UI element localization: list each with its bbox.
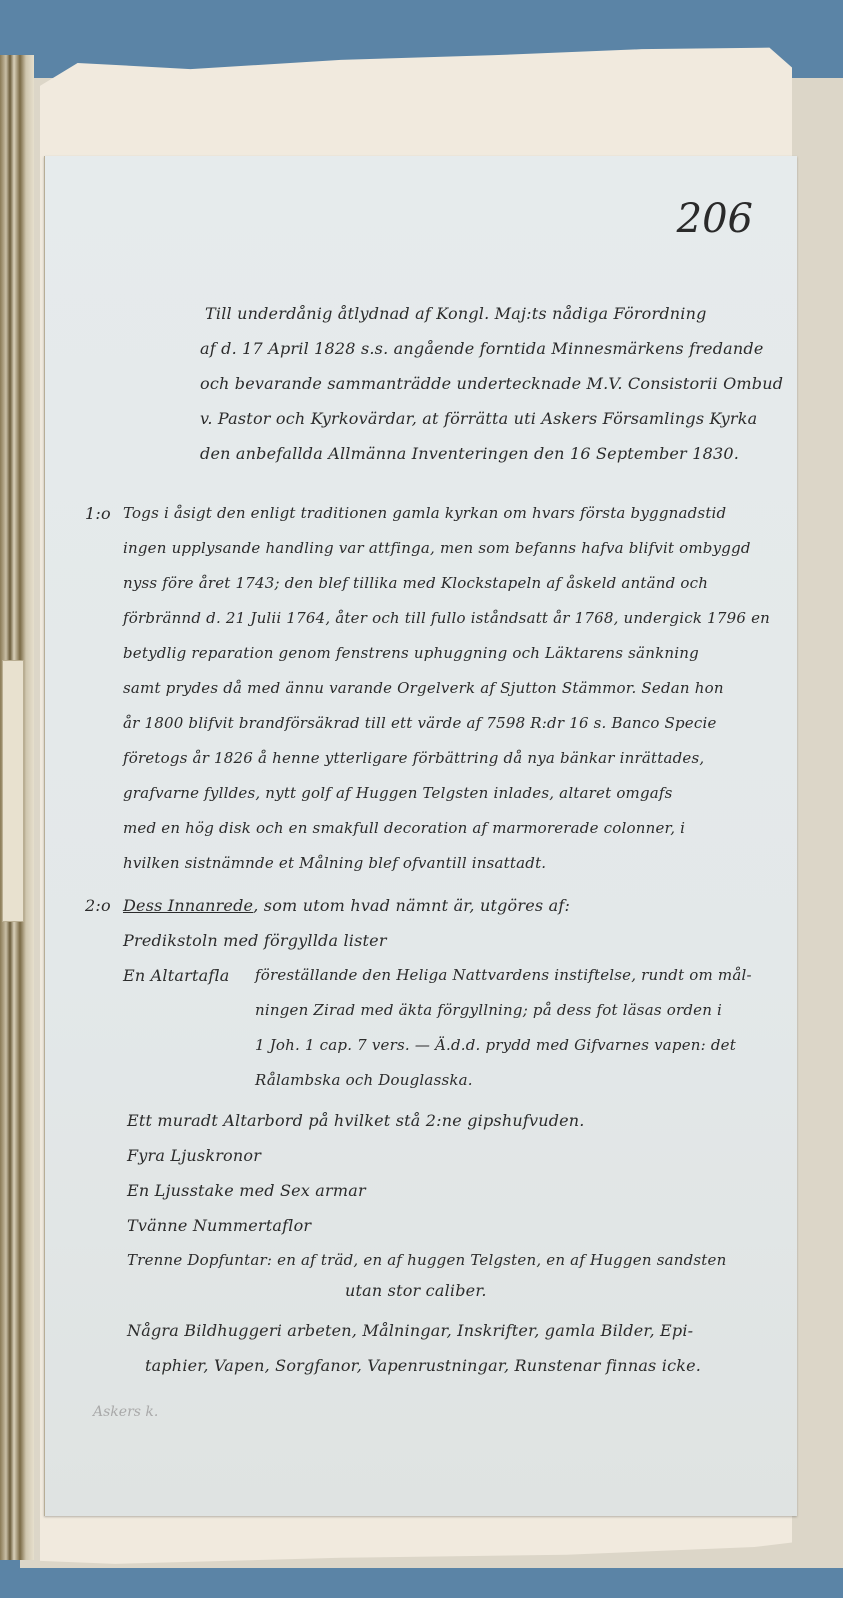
dopfunt-continuation: utan stor caliber.	[345, 1281, 487, 1300]
intro-line: och bevarande sammanträdde undertecknade…	[200, 374, 783, 393]
section1-line: nyss före året 1743; den blef tillika me…	[123, 574, 708, 592]
section1-number: 1:o	[85, 504, 111, 523]
section1-line: med en hög disk och en smakfull decorati…	[123, 819, 685, 837]
folio-number: 206	[677, 196, 753, 242]
altartafla-desc: Rålambska och Douglasska.	[255, 1071, 473, 1089]
altartafla-desc: föreställande den Heliga Nattvardens ins…	[255, 966, 752, 984]
altartafla-desc: ningen Zirad med äkta förgyllning; på de…	[255, 1001, 722, 1019]
pencil-note: Askers k.	[93, 1404, 158, 1420]
section1-line: samt prydes då med ännu varande Orgelver…	[123, 679, 724, 697]
section2-heading-rest: , som utom hvad nämnt är, utgöres af:	[253, 896, 570, 915]
inventory-item: Några Bildhuggeri arbeten, Målningar, In…	[127, 1321, 693, 1340]
section2-number: 2:o	[85, 896, 111, 915]
intro-line: v. Pastor och Kyrkovärdar, at förrätta u…	[200, 409, 757, 428]
section1-line: ingen upplysande handling var attfinga, …	[123, 539, 751, 557]
inventory-item: Fyra Ljuskronor	[127, 1146, 261, 1165]
inventory-item: Ett muradt Altarbord på hvilket stå 2:ne…	[127, 1111, 585, 1130]
page-tab	[2, 660, 24, 922]
inventory-item: En Ljusstake med Sex armar	[127, 1181, 366, 1200]
inventory-item: Predikstoln med förgyllda lister	[123, 931, 387, 950]
inventory-last-line: taphier, Vapen, Sorgfanor, Vapenrustning…	[145, 1356, 701, 1375]
intro-line: Till underdånig åtlydnad af Kongl. Maj:t…	[205, 304, 707, 323]
inventory-item: Tvänne Nummertaflor	[127, 1216, 311, 1235]
section1-line: hvilken sistnämnde et Målning blef ofvan…	[123, 854, 546, 872]
section2-heading: Dess Innanrede	[123, 896, 253, 915]
inventory-item: Trenne Dopfuntar: en af träd, en af hugg…	[127, 1251, 726, 1269]
intro-line: af d. 17 April 1828 s.s. angående fornti…	[200, 339, 764, 358]
inventory-item: En Altartafla	[123, 966, 230, 985]
section1-line: Togs i åsigt den enligt traditionen gaml…	[123, 504, 726, 522]
altartafla-desc: 1 Joh. 1 cap. 7 vers. — Ä.d.d. prydd med…	[255, 1036, 736, 1054]
section1-line: år 1800 blifvit brandförsäkrad till ett …	[123, 714, 717, 732]
section2-heading-row: Dess Innanrede, som utom hvad nämnt är, …	[123, 896, 570, 915]
manuscript-page: 206 Till underdånig åtlydnad af Kongl. M…	[44, 156, 797, 1516]
section1-line: företogs år 1826 å henne ytterligare för…	[123, 749, 704, 767]
section1-line: betydlig reparation genom fenstrens uphu…	[123, 644, 699, 662]
intro-line: den anbefallda Allmänna Inventeringen de…	[200, 444, 739, 463]
section1-line: förbrännd d. 21 Julii 1764, åter och til…	[123, 609, 770, 627]
section1-line: grafvarne fylldes, nytt golf af Huggen T…	[123, 784, 673, 802]
